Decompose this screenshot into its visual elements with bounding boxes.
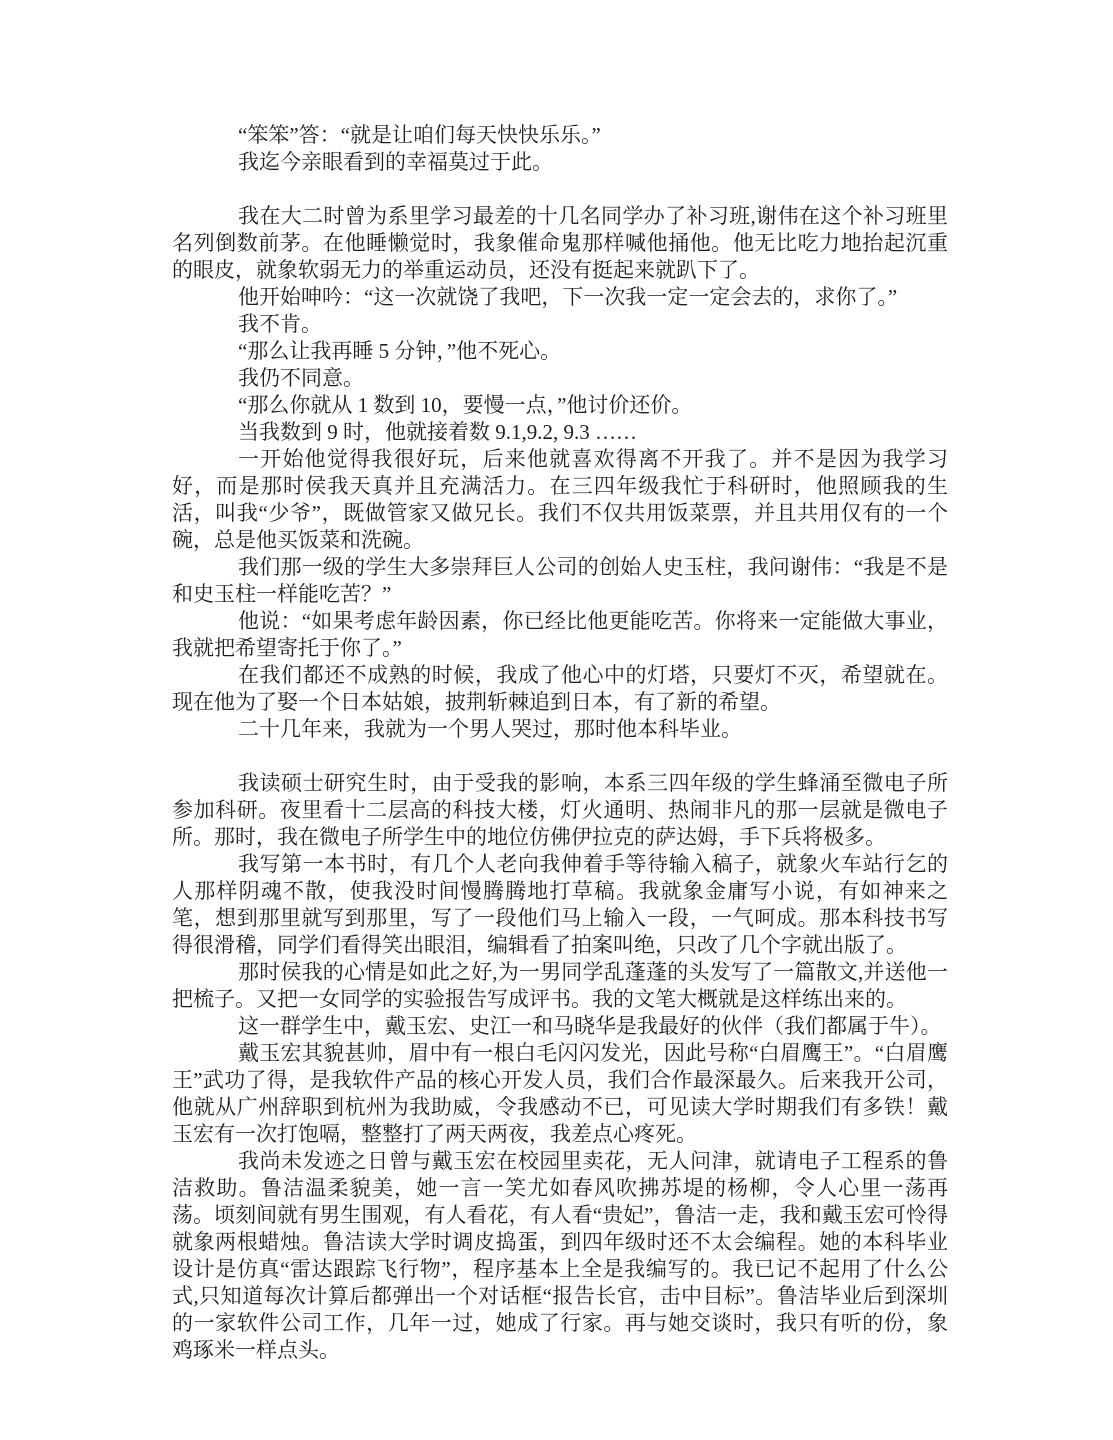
paragraph: 那时侯我的心情是如此之好,为一男同学乱蓬蓬的头发写了一篇散文,并送他一把梳子。又…	[172, 959, 948, 1013]
paragraph: 一开始他觉得我很好玩，后来他就喜欢得离不开我了。并不是因为我学习好，而是那时侯我…	[172, 446, 948, 554]
section-gap	[172, 176, 948, 203]
paragraph: 我们那一级的学生大多崇拜巨人公司的创始人史玉柱，我问谢伟：“我是不是和史玉柱一样…	[172, 554, 948, 608]
paragraph: 他说：“如果考虑年龄因素，你已经比他更能吃苦。你将来一定能做大事业，我就把希望寄…	[172, 608, 948, 662]
paragraph: “那么让我再睡 5 分钟，”他不死心。	[172, 338, 948, 365]
paragraph: 我写第一本书时，有几个人老向我伸着手等待输入稿子，就象火车站行乞的人那样阴魂不散…	[172, 851, 948, 959]
paragraph: 我尚未发迹之日曾与戴玉宏在校园里卖花，无人问津，就请电子工程系的鲁洁救助。鲁洁温…	[172, 1148, 948, 1364]
section-gap	[172, 743, 948, 770]
paragraph: 他开始呻吟：“这一次就饶了我吧，下一次我一定一定会去的，求你了。”	[172, 284, 948, 311]
paragraph: 二十几年来，我就为一个男人哭过，那时他本科毕业。	[172, 716, 948, 743]
paragraph: 我迄今亲眼看到的幸福莫过于此。	[172, 149, 948, 176]
document-page: “笨笨”答：“就是让咱们每天快快乐乐。” 我迄今亲眼看到的幸福莫过于此。 我在大…	[0, 0, 1113, 1440]
paragraph: 戴玉宏其貌甚帅，眉中有一根白毛闪闪发光，因此号称“白眉鹰王”。“白眉鹰王”武功了…	[172, 1040, 948, 1148]
paragraph: 我仍不同意。	[172, 365, 948, 392]
paragraph: “那么你就从 1 数到 10，要慢一点，”他讨价还价。	[172, 392, 948, 419]
paragraph: 在我们都还不成熟的时候，我成了他心中的灯塔，只要灯不灭，希望就在。现在他为了娶一…	[172, 662, 948, 716]
paragraph: 我读硕士研究生时，由于受我的影响，本系三四年级的学生蜂涌至微电子所参加科研。夜里…	[172, 770, 948, 851]
paragraph: 当我数到 9 时，他就接着数 9.1,9.2, 9.3 ……	[172, 419, 948, 446]
paragraph: 我在大二时曾为系里学习最差的十几名同学办了补习班,谢伟在这个补习班里名列倒数前茅…	[172, 203, 948, 284]
paragraph: 这一群学生中，戴玉宏、史江一和马晓华是我最好的伙伴（我们都属于牛）。	[172, 1013, 948, 1040]
paragraph: “笨笨”答：“就是让咱们每天快快乐乐。”	[172, 122, 948, 149]
paragraph: 我不肯。	[172, 311, 948, 338]
document-text-block: “笨笨”答：“就是让咱们每天快快乐乐。” 我迄今亲眼看到的幸福莫过于此。 我在大…	[172, 122, 948, 1364]
